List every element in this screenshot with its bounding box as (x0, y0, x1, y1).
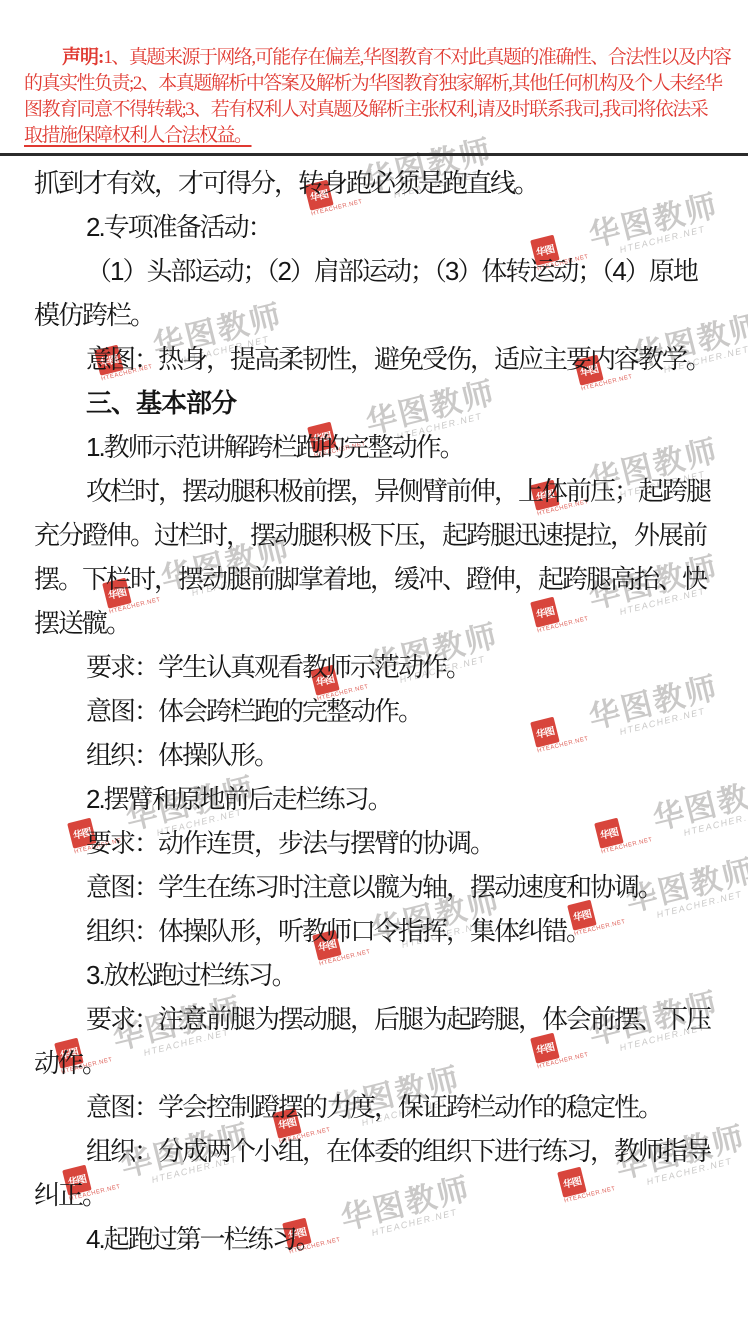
body-line: 要求：动作连贯，步法与摆臂的协调。 (34, 821, 724, 865)
body-line: 摆送髋。 (34, 601, 724, 645)
document-page: 华图HTEACHER.NET华图教师HTEACHER.NET华图HTEACHER… (0, 0, 748, 1335)
body-line: 抓到才有效，才可得分，转身跑必须是跑直线。 (34, 161, 724, 205)
body-line: 2.专项准备活动： (34, 205, 724, 249)
disclaimer: 声明:1、真题来源于网络,可能存在偏差,华图教育不对此真题的准确性、合法性以及内… (0, 0, 748, 149)
body-line: 组织：体操队形，听教师口令指挥，集体纠错。 (34, 909, 724, 953)
disclaimer-line-text: 1、真题来源于网络,可能存在偏差,华图教育不对此真题的准确性、合法性以及内容 (103, 47, 730, 68)
disclaimer-line: 的真实性负责;2、本真题解析中答案及解析为华图教育独家解析,其他任何机构及个人未… (24, 71, 728, 97)
body-line: 1.教师示范讲解跨栏跑的完整动作。 (34, 425, 724, 469)
body-line: 纠正。 (34, 1173, 724, 1217)
body-line: 要求：注意前腿为摆动腿，后腿为起跨腿，体会前摆、下压 (34, 997, 724, 1041)
body-line: 意图：热身，提高柔韧性，避免受伤，适应主要内容教学。 (34, 337, 724, 381)
section-heading: 三、基本部分 (34, 381, 724, 425)
body-line: 意图：学会控制蹬摆的力度，保证跨栏动作的稳定性。 (34, 1085, 724, 1129)
body-line: 4.起跑过第一栏练习。 (34, 1217, 724, 1261)
disclaimer-line-text: 图教育同意不得转载;3、若有权利人对真题及解析主张权利,请及时联系我司,我司将依… (24, 99, 707, 120)
body-line: 意图：体会跨栏跑的完整动作。 (34, 689, 724, 733)
disclaimer-prefix: 声明: (62, 47, 103, 68)
body-line: 组织：体操队形。 (34, 733, 724, 777)
body-line: 组织：分成两个小组，在体委的组织下进行练习，教师指导 (34, 1129, 724, 1173)
body-line: 2.摆臂和原地前后走栏练习。 (34, 777, 724, 821)
body-line: 动作。 (34, 1041, 724, 1085)
document-content: 声明:1、真题来源于网络,可能存在偏差,华图教育不对此真题的准确性、合法性以及内… (0, 0, 748, 1261)
disclaimer-line: 图教育同意不得转载;3、若有权利人对真题及解析主张权利,请及时联系我司,我司将依… (24, 97, 728, 123)
body-text: 抓到才有效，才可得分，转身跑必须是跑直线。2.专项准备活动：（1）头部运动；（2… (0, 156, 748, 1261)
disclaimer-line-text: 取措施保障权利人合法权益。 (24, 125, 252, 146)
disclaimer-line: 声明:1、真题来源于网络,可能存在偏差,华图教育不对此真题的准确性、合法性以及内… (24, 45, 728, 71)
body-line: 模仿跨栏。 (34, 293, 724, 337)
body-line: 3.放松跑过栏练习。 (34, 953, 724, 997)
body-line: 攻栏时，摆动腿积极前摆，异侧臂前伸，上体前压；起跨腿 (34, 469, 724, 513)
body-line: 意图：学生在练习时注意以髋为轴，摆动速度和协调。 (34, 865, 724, 909)
body-line: （1）头部运动；（2）肩部运动；（3）体转运动；（4）原地 (34, 249, 724, 293)
body-line: 要求：学生认真观看教师示范动作。 (34, 645, 724, 689)
body-line: 摆。下栏时，摆动腿前脚掌着地，缓冲、蹬伸，起跨腿高抬、快 (34, 557, 724, 601)
disclaimer-line: 取措施保障权利人合法权益。 (24, 123, 728, 149)
body-line: 充分蹬伸。过栏时，摆动腿积极下压，起跨腿迅速提拉，外展前 (34, 513, 724, 557)
disclaimer-line-text: 的真实性负责;2、本真题解析中答案及解析为华图教育独家解析,其他任何机构及个人未… (24, 73, 722, 94)
